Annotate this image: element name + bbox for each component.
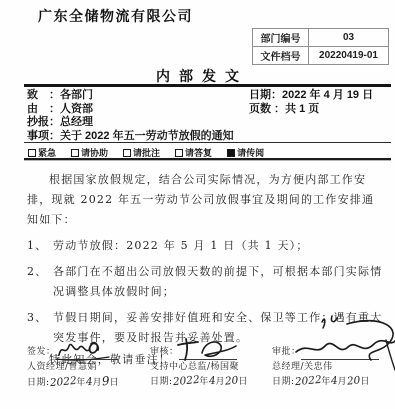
list-item-2: 2、 各部门在不超出公司放假天数的前提下，可根据本部门实际情况调整具体放假时间；: [27, 262, 386, 302]
item-number: 3、: [27, 308, 53, 348]
from-value: 人资部: [60, 103, 93, 115]
day-unit: 日: [110, 378, 120, 388]
checkbox-icon: [227, 149, 235, 157]
list-item-3: 3、 节假日期间，妥善安排好值班和安全、保卫等工作；遇有重大突发事件，要及时报告…: [27, 308, 386, 348]
handwritten-month: 4: [208, 374, 216, 388]
review-date-line: 日期:2022年4月20日: [150, 375, 272, 390]
date-label: 日期:: [272, 377, 295, 387]
year-unit: 年: [321, 377, 331, 387]
item-text: 节假日期间，妥善安排好值班和安全、保卫等工作；遇有重大突发事件，要及时报告并妥善…: [53, 308, 386, 348]
item-number: 1、: [27, 236, 53, 256]
approve-label: 审批：: [272, 347, 301, 357]
checkbox-icon: [123, 149, 131, 157]
to-label: 致 ：: [27, 89, 60, 101]
cc-value: 总经理: [60, 116, 93, 128]
meta-row-from: 由 ：人资部 页数 ：共 1 页: [27, 103, 389, 117]
title-divider: [24, 84, 391, 87]
memo-body: 根据国家放假规定，结合公司实际情况，为方便内部工作安排，现就 2022 年五一劳…: [27, 170, 386, 370]
handwritten-day: 9: [101, 374, 110, 388]
signature-column-approve: 审批： 总经理/关忠伟 日期:2022年4月20日: [272, 346, 391, 390]
doc-info-row: 部门编号 03: [253, 29, 389, 47]
cc-label: 抄报：: [27, 116, 60, 128]
meta-row-cc: 抄报：总经理: [27, 116, 389, 130]
signature-line: [301, 348, 379, 360]
handwritten-year: 2022: [49, 374, 77, 390]
handwritten-year: 2022: [172, 373, 200, 389]
pages-value: 共 1 页: [285, 103, 319, 115]
issue-role-name: 人资经理/曹慧娟: [27, 361, 150, 375]
signature-column-issue: 签发： 人资经理/曹慧娟 日期:2022年4月9日: [27, 346, 150, 390]
handwritten-year: 2022: [294, 373, 322, 389]
subject-divider: [24, 142, 391, 143]
doc-info-row: 文件档号 20220419-01: [253, 47, 389, 65]
month-unit: 月: [215, 377, 225, 387]
dept-number-label: 部门编号: [253, 29, 309, 47]
subject-label: 事项：: [27, 130, 60, 142]
date-label: 日期:: [27, 378, 50, 388]
meta-section: 致 ：各部门 日期：2022 年 4 月 19 日 由 ：人资部 页数 ：共 1…: [27, 89, 389, 143]
checkbox-icon: [71, 149, 79, 157]
review-role-name: 支持中心总监/杨国聚: [150, 361, 272, 375]
year-unit: 年: [76, 378, 86, 388]
company-name: 广东全储物流有限公司: [38, 6, 193, 26]
handwritten-month: 4: [330, 374, 338, 388]
list-item-1: 1、 劳动节放假：2022 年 5 月 1 日（共 1 天）；: [27, 236, 386, 256]
file-number-value: 20220419-01: [309, 47, 389, 65]
dept-number-value: 03: [309, 29, 389, 47]
month-unit: 月: [337, 377, 347, 387]
review-label: 审核：: [150, 347, 179, 357]
checkbox-icon: [28, 149, 36, 157]
signature-line: [179, 348, 237, 360]
day-unit: 日: [238, 377, 248, 387]
date-value: 2022 年 4 月 19 日: [282, 89, 373, 101]
issue-date-line: 日期:2022年4月9日: [27, 375, 150, 391]
issue-label: 签发：: [27, 347, 56, 357]
meta-row-to: 致 ：各部门 日期：2022 年 4 月 19 日: [27, 89, 389, 103]
doc-info-table: 部门编号 03 文件档号 20220419-01: [252, 28, 389, 65]
approve-role-name: 总经理/关忠伟: [272, 361, 391, 375]
item-text: 劳动节放假：2022 年 5 月 1 日（共 1 天）；: [53, 236, 386, 256]
checkbox-icon: [175, 149, 183, 157]
subject-value: 关于 2022 年五一劳动节放假的通知: [60, 130, 234, 142]
header-body-divider: [24, 158, 391, 161]
to-value: 各部门: [60, 89, 93, 101]
from-label: 由 ：: [27, 103, 60, 115]
meta-row-subject: 事项：关于 2022 年五一劳动节放假的通知: [27, 130, 389, 144]
signature-line: [56, 348, 118, 360]
day-unit: 日: [360, 377, 370, 387]
year-unit: 年: [199, 377, 209, 387]
handwritten-month: 4: [85, 375, 93, 389]
month-unit: 月: [92, 378, 102, 388]
signature-column-review: 审核： 支持中心总监/杨国聚 日期:2022年4月20日: [150, 346, 272, 390]
date-label: 日期:: [150, 377, 173, 387]
handwritten-day: 20: [346, 374, 361, 389]
page-title: 内部发文: [0, 66, 395, 86]
signature-section: 签发： 人资经理/曹慧娟 日期:2022年4月9日 审核：: [27, 346, 391, 390]
item-text: 各部门在不超出公司放假天数的前提下，可根据本部门实际情况调整具体放假时间；: [53, 262, 386, 302]
handwritten-day: 20: [224, 374, 239, 389]
pages-label: 页数 ：: [249, 103, 285, 115]
file-number-label: 文件档号: [253, 47, 309, 65]
scanned-internal-memo: 广东全储物流有限公司 部门编号 03 文件档号 20220419-01 内部发文…: [0, 0, 395, 409]
date-label: 日期：: [249, 89, 282, 101]
intro-paragraph: 根据国家放假规定，结合公司实际情况，为方便内部工作安排，现就 2022 年五一劳…: [27, 170, 386, 230]
item-number: 2、: [27, 262, 53, 302]
approve-date-line: 日期:2022年4月20日: [272, 375, 391, 390]
